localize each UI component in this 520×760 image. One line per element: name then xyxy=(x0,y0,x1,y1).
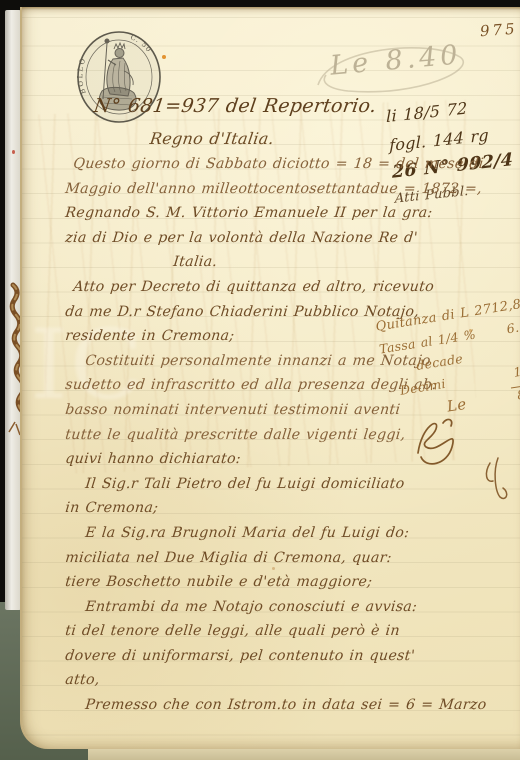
manuscript-line: in Cremona; xyxy=(64,496,487,521)
manuscript-line: Questo giorno di Sabbato diciotto = 18 =… xyxy=(64,152,487,177)
page-number: 975 xyxy=(479,20,518,41)
repertory-number-line: N° 681=937 del Repertorio. xyxy=(92,95,377,117)
account-value: 1,40 xyxy=(507,360,520,380)
foxing-speck xyxy=(272,567,275,570)
manuscript-line: Regnando S. M. Vittorio Emanuele II per … xyxy=(64,201,487,226)
account-value: 6.78 xyxy=(501,317,520,337)
manuscript-line: zia di Dio e per la volontà della Nazion… xyxy=(64,226,487,251)
foxing-speck xyxy=(469,329,472,332)
manuscript-line: ti del tenore delle leggi, alle quali pe… xyxy=(64,619,487,644)
manuscript-line: Atto per Decreto di quittanza ed altro, … xyxy=(64,275,487,300)
manuscript-line: Entrambi da me Notajo conosciuti e avvis… xyxy=(64,595,487,620)
kingdom-of-italy-line: Regno d'Italia. xyxy=(149,129,276,148)
registration-folio: fogl. 144 rg xyxy=(389,120,520,155)
manuscript-line: dovere di uniformarsi, pel contenuto in … xyxy=(64,644,487,669)
manuscript-line: miciliata nel Due Miglia di Cremona, qua… xyxy=(64,546,487,571)
manuscript-line: atto, xyxy=(64,668,487,693)
page-top-edge xyxy=(22,7,520,10)
manuscript-line: Italia. xyxy=(64,250,487,275)
foxing-speck xyxy=(12,150,15,154)
manuscript-line: tiere Boschetto nubile e d'età maggiore; xyxy=(64,570,487,595)
manuscript-page: IC BOLLO C. 50 xyxy=(20,7,520,749)
foxing-speck xyxy=(162,55,166,59)
manuscript-line: Premesso che con Istrom.to in data sei =… xyxy=(64,693,487,718)
margin-paraph-flourish xyxy=(480,455,514,507)
notary-paraph-flourish xyxy=(410,415,468,477)
page-bottom-edge xyxy=(88,749,520,760)
manuscript-line: E la Sig.ra Brugnoli Maria del fu Luigi … xyxy=(64,521,487,546)
scanned-notarial-document: IC BOLLO C. 50 xyxy=(0,0,520,760)
account-value: 8.40 xyxy=(511,382,520,405)
account-label: Decimi xyxy=(385,376,447,400)
account-value: 3 xyxy=(504,339,520,359)
manuscript-line: Maggio dell'anno milleottocentosettantad… xyxy=(64,177,487,202)
